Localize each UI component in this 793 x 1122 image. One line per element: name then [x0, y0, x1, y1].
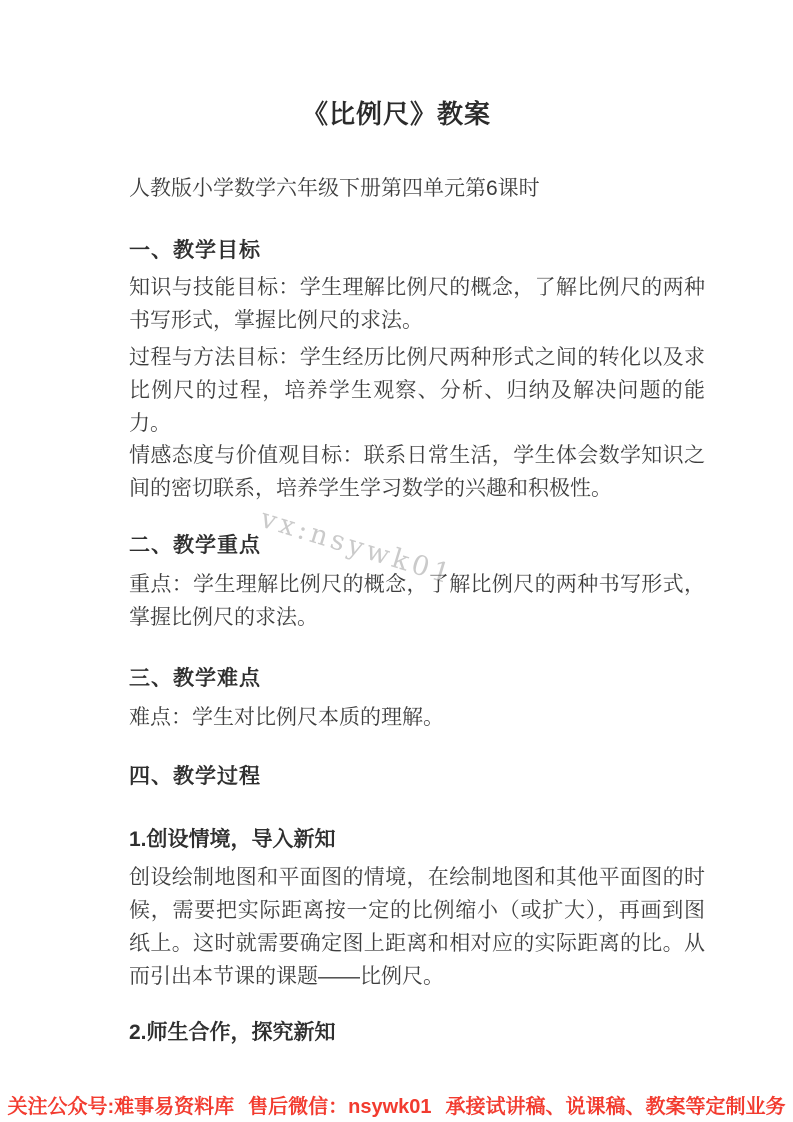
section-heading-teaching-focus: 二、教学重点 — [129, 529, 705, 559]
paragraph-situation-intro: 创设绘制地图和平面图的情境，在绘制地图和其他平面图的时候，需要把实际距离按一定的… — [129, 861, 705, 993]
page-title: 《比例尺》教案 — [0, 94, 793, 131]
paragraph-knowledge-skill-goal: 知识与技能目标：学生理解比例尺的概念，了解比例尺的两种书写形式，掌握比例尺的求法… — [129, 271, 705, 337]
doc-subtitle: 人教版小学数学六年级下册第四单元第6课时 — [129, 172, 705, 202]
section-heading-teaching-difficulty: 三、教学难点 — [129, 662, 705, 692]
paragraph-process-method-goal: 过程与方法目标：学生经历比例尺两种形式之间的转化以及求比例尺的过程，培养学生观察… — [129, 341, 705, 440]
footer-segment-wechat: 售后微信：nsywk01 — [248, 1090, 431, 1119]
section-heading-teaching-goals: 一、教学目标 — [129, 234, 705, 264]
paragraph-emotion-value-goal: 情感态度与价值观目标：联系日常生活，学生体会数学知识之间的密切联系，培养学生学习… — [129, 439, 705, 505]
subsection-heading-cooperation-explore: 2.师生合作，探究新知 — [129, 1016, 705, 1046]
subsection-heading-situation-intro: 1.创设情境，导入新知 — [129, 823, 705, 853]
paragraph-teaching-focus: 重点：学生理解比例尺的概念，了解比例尺的两种书写形式，掌握比例尺的求法。 — [129, 568, 705, 634]
footer-segment-services: 承接试讲稿、说课稿、教案等定制业务 — [446, 1090, 786, 1119]
footer-segment-public-account: 关注公众号:难事易资料库 — [7, 1090, 234, 1119]
section-heading-teaching-process: 四、教学过程 — [129, 760, 705, 790]
paragraph-teaching-difficulty: 难点：学生对比例尺本质的理解。 — [129, 701, 705, 734]
promo-footer-bar: 关注公众号:难事易资料库 售后微信：nsywk01 承接试讲稿、说课稿、教案等定… — [0, 1086, 793, 1122]
